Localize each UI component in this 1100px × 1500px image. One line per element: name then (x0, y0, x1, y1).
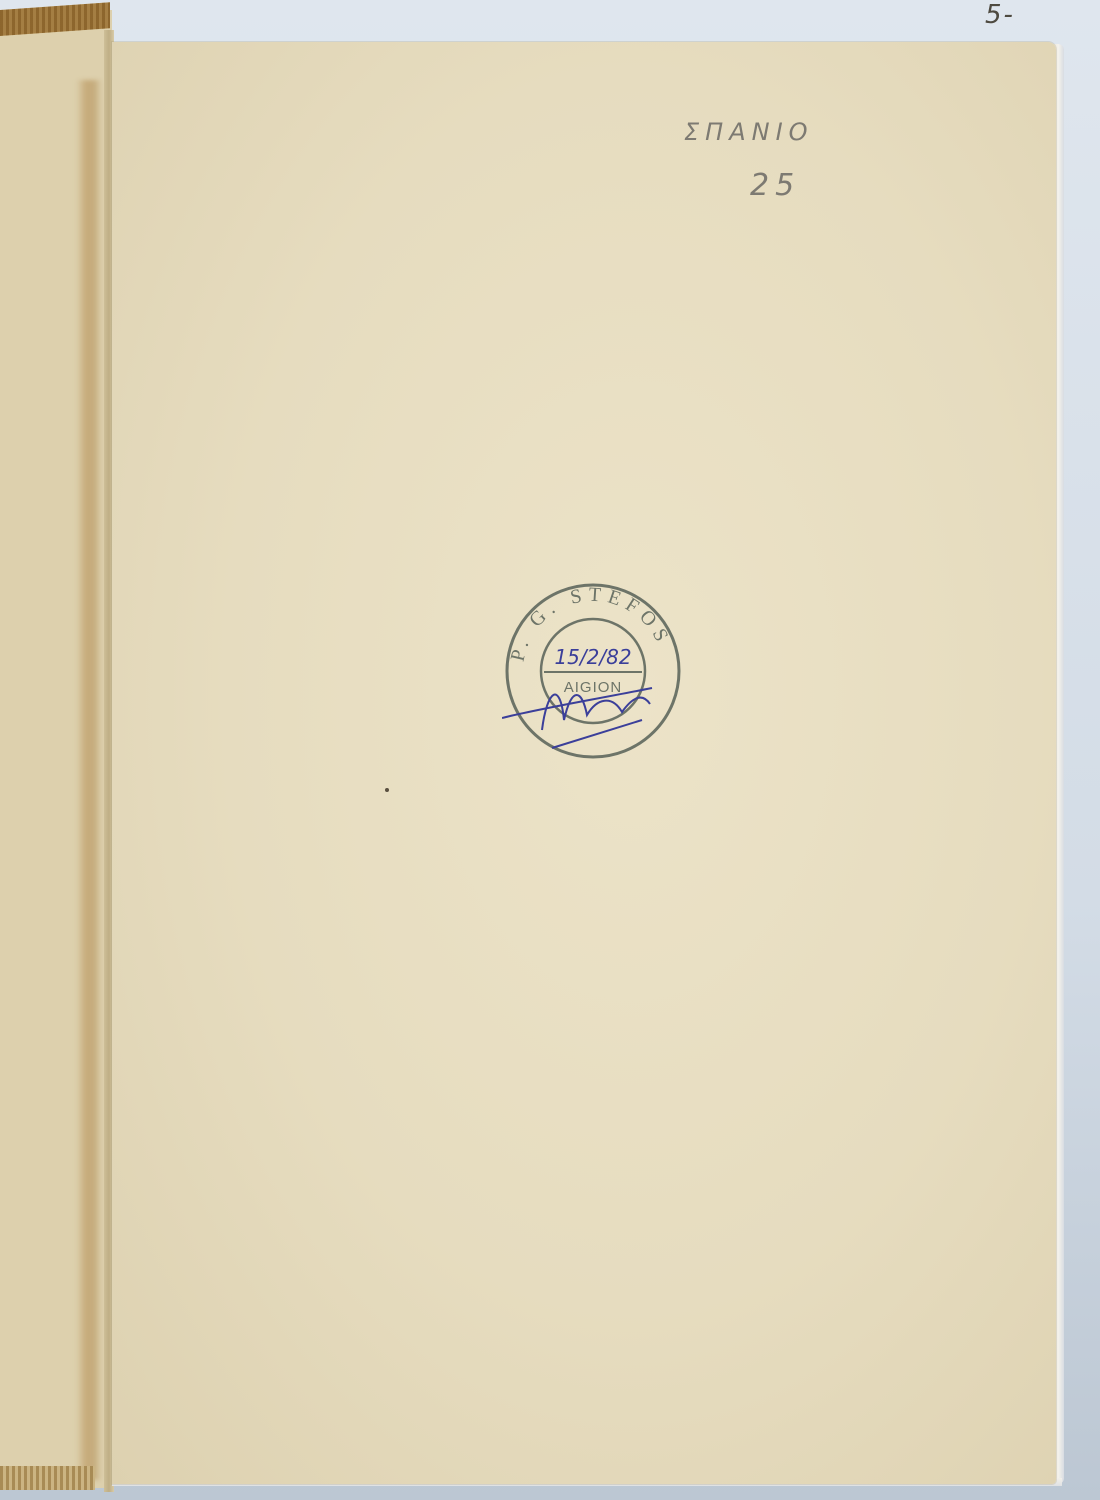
stamp-date: 15/2/82 (554, 645, 631, 669)
owner-stamp: P. G. STEFOS 15/2/82 AIGION (502, 580, 684, 762)
book-cover (0, 10, 112, 1488)
pencil-note-price: 25 (750, 168, 800, 203)
pencil-note-corner: 5- (985, 0, 1015, 30)
stamp-graphic: P. G. STEFOS 15/2/82 AIGION (502, 580, 684, 762)
cloth-binding-bottom (0, 1466, 95, 1490)
paper-speck (385, 788, 389, 792)
pencil-note-code: ΣΠΑΝΙΟ (684, 118, 814, 146)
cloth-binding-top (0, 2, 110, 36)
flyleaf-page (112, 42, 1056, 1484)
stamp-place: AIGION (564, 679, 623, 696)
signature-icon (502, 688, 652, 748)
spine-stain (76, 80, 102, 1480)
